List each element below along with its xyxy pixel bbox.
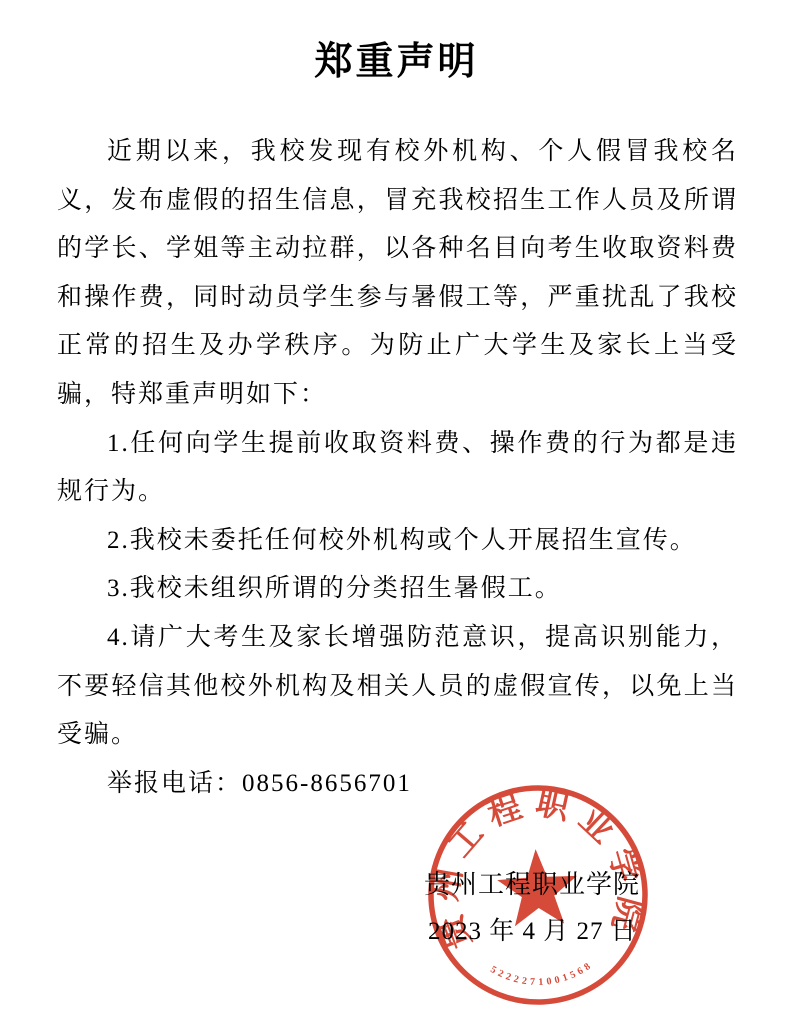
paragraph-item-2: 2.我校未委托任何校外机构或个人开展招生宣传。 [57, 517, 738, 566]
paragraph-intro: 近期以来，我校发现有校外机构、个人假冒我校名义，发布虚假的招生信息，冒充我校招生… [57, 128, 738, 420]
document-title: 郑重声明 [0, 0, 793, 85]
statement-document: 郑重声明 近期以来，我校发现有校外机构、个人假冒我校名义，发布虚假的招生信息，冒… [0, 0, 793, 1016]
seal-serial-holder: 5222271001568 [488, 959, 597, 991]
seal-serial-number: 5222271001568 [488, 959, 597, 991]
report-hotline: 举报电话：0856-8656701 [57, 760, 738, 809]
signature-school-name: 贵州工程职业学院 [424, 864, 640, 901]
signature-date: 2023 年 4 月 27 日 [428, 911, 637, 947]
paragraph-item-3: 3.我校未组织所谓的分类招生暑假工。 [57, 565, 738, 614]
paragraph-item-4: 4.请广大考生及家长增强防范意识，提高识别能力，不要轻信其他校外机构及相关人员的… [57, 614, 738, 760]
document-body: 近期以来，我校发现有校外机构、个人假冒我校名义，发布虚假的招生信息，冒充我校招生… [57, 128, 738, 808]
paragraph-item-1: 1.任何向学生提前收取资料费、操作费的行为都是违规行为。 [57, 420, 738, 517]
